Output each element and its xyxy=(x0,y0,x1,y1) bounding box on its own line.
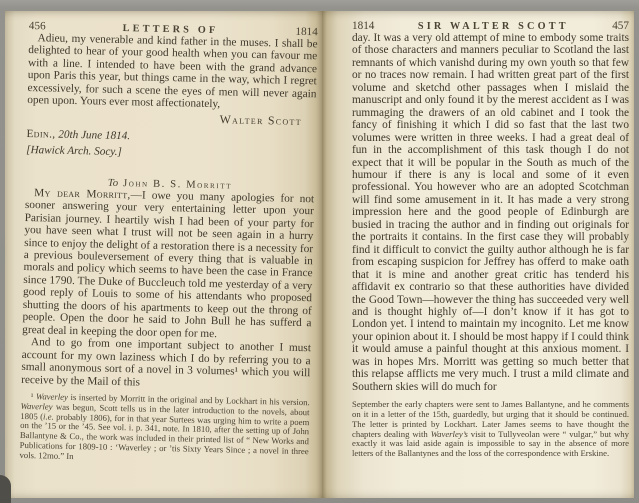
morritt-paragraph-text: —I owe you many apologies for not sooner… xyxy=(22,189,314,340)
dateline-date: 20th June 1814. xyxy=(58,128,130,142)
right-page-number: 457 xyxy=(612,20,629,32)
left-footnote: ¹ Waverley is inserted by Morritt in the… xyxy=(19,392,309,467)
left-page-content: 456 LETTERS OF 1814 Adieu, my venerable … xyxy=(19,20,318,467)
novel-paragraph: And to go from one important subject to … xyxy=(21,336,311,392)
book-scan: 456 LETTERS OF 1814 Adieu, my venerable … xyxy=(0,0,639,503)
continuation-paragraph-text: day. It was a very old attempt of mine t… xyxy=(352,32,629,393)
right-running-head: SIR WALTER SCOTT xyxy=(418,21,569,32)
closing-paragraph-text: Adieu, my venerable and kind father in t… xyxy=(27,32,318,110)
dateline: Edin., 20th June 1814. xyxy=(26,128,315,146)
novel-paragraph-text: And to go from one important subject to … xyxy=(21,336,311,388)
letter-heading-to: To xyxy=(108,177,118,188)
right-running-header: 1814 SIR WALTER SCOTT 457 xyxy=(352,20,629,32)
right-page: 1814 SIR WALTER SCOTT 457 day. It was a … xyxy=(322,11,634,498)
left-year: 1814 xyxy=(295,26,318,38)
closing-paragraph: Adieu, my venerable and kind father in t… xyxy=(27,32,318,113)
left-page: 456 LETTERS OF 1814 Adieu, my venerable … xyxy=(5,11,322,498)
right-year: 1814 xyxy=(352,20,374,32)
dateline-place: Edin., xyxy=(26,128,55,141)
right-page-content: 1814 SIR WALTER SCOTT 457 day. It was a … xyxy=(352,20,629,459)
left-page-number: 456 xyxy=(29,20,46,32)
source-note: [Hawick Arch. Socy.] xyxy=(26,144,315,162)
continuation-paragraph: day. It was a very old attempt of mine t… xyxy=(352,32,629,393)
right-footnote: September the early chapters were sent t… xyxy=(352,400,629,459)
morritt-paragraph: My dear Morritt,—I owe you many apologie… xyxy=(22,187,314,343)
